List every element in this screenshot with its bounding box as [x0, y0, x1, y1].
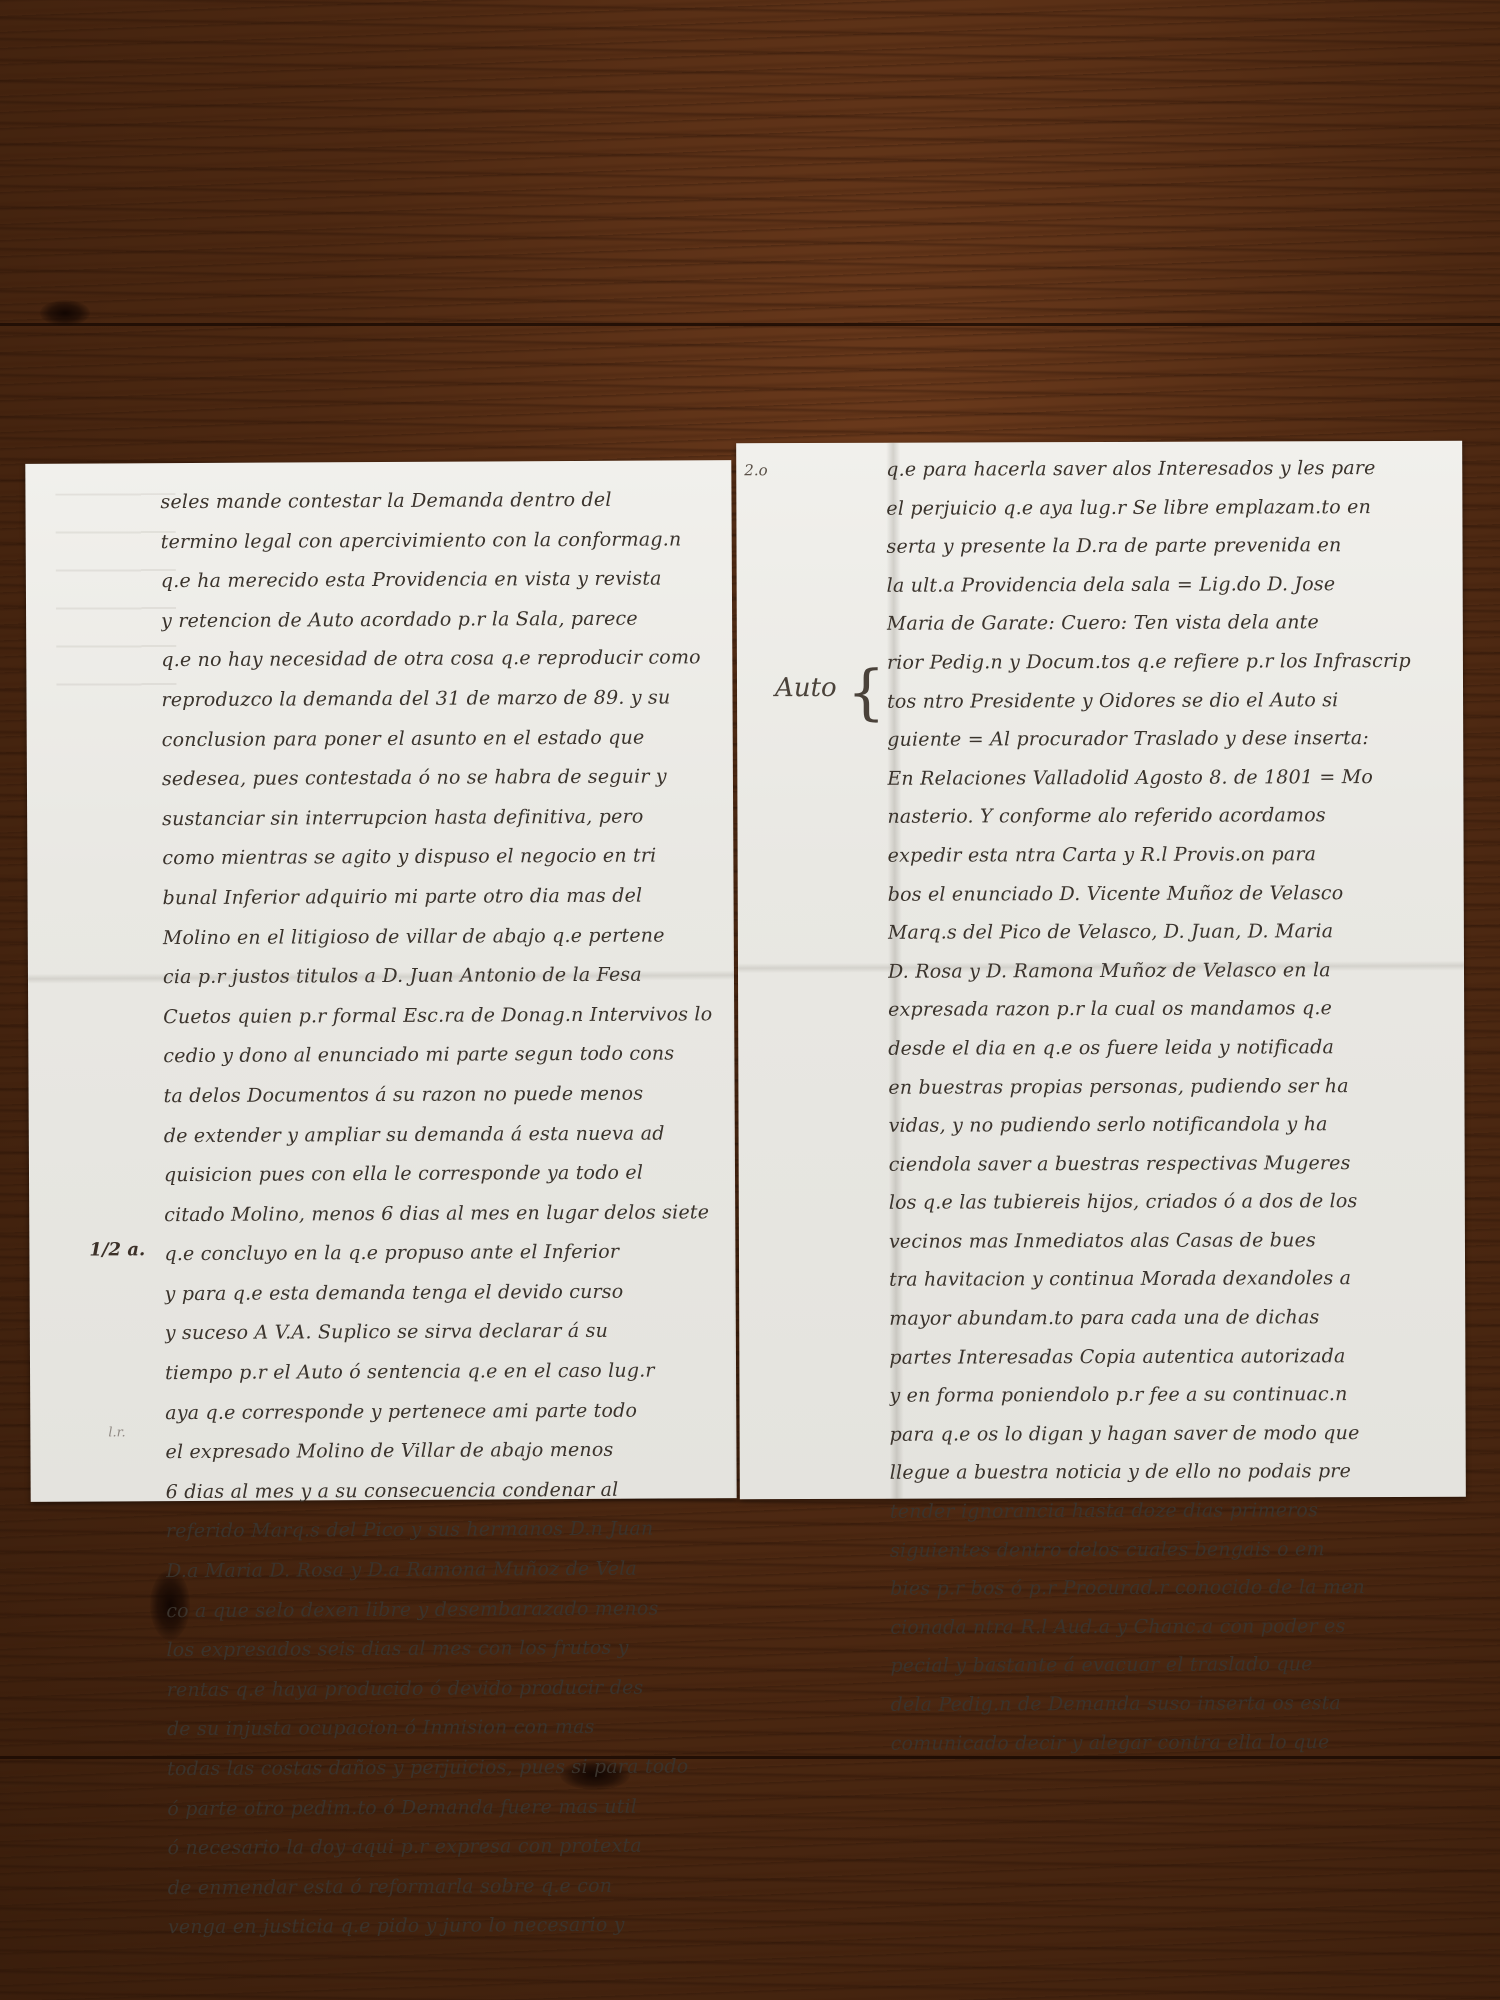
text-line: bunal Inferior adquirio mi parte otro di… [162, 876, 722, 919]
text-line: dela Pedig.n de Demanda suso inserta os … [890, 1684, 1450, 1725]
text-line: sustanciar sin interrupcion hasta defini… [162, 797, 722, 840]
text-line: y para q.e esta demanda tenga el devido … [165, 1272, 725, 1315]
margin-mark-lower: l.r. [108, 1425, 125, 1440]
text-line: q.e concluyo en la q.e propuso ante el I… [164, 1232, 724, 1275]
text-line: tos ntro Presidente y Oidores se dio el … [887, 680, 1447, 721]
text-line: siguientes dentro delos cuales bengais o… [890, 1529, 1450, 1570]
text-line: de enmendar esta ó reformarla sobre q.e … [168, 1866, 728, 1909]
text-line: En Relaciones Valladolid Agosto 8. de 18… [887, 758, 1447, 799]
text-line: como mientras se agito y dispuso el nego… [162, 837, 722, 880]
text-line: q.e ha merecido esta Providencia en vist… [161, 559, 721, 602]
text-line: la ult.a Providencia dela sala = Lig.do … [887, 565, 1447, 606]
text-line: los expresados seis dias al mes con los … [166, 1628, 726, 1671]
margin-mark: 1/2 a. [89, 1239, 145, 1260]
text-line: Marq.s del Pico de Velasco, D. Juan, D. … [888, 912, 1448, 953]
text-line: y en forma poniendolo p.r fee a su conti… [889, 1375, 1449, 1416]
text-line: seles mande contestar la Demanda dentro … [160, 480, 720, 523]
text-line: quisicion pues con ella le corresponde y… [164, 1153, 724, 1196]
text-line: D. Rosa y D. Ramona Muñoz de Velasco en … [888, 951, 1448, 992]
text-line: vecinos mas Inmediatos alas Casas de bue… [889, 1221, 1449, 1262]
manuscript-page-right: 2.o Auto { q.e para hacerla saver alos I… [736, 441, 1466, 1500]
text-line: nasterio. Y conforme alo referido acorda… [887, 796, 1447, 837]
margin-note-auto: Auto [775, 673, 837, 703]
text-line: todas las costas daños y perjuicios, pue… [167, 1747, 727, 1790]
text-line: los q.e las tubiereis hijos, criados ó a… [889, 1182, 1449, 1223]
text-line: bos el enunciado D. Vicente Muñoz de Vel… [888, 873, 1448, 914]
text-line: ciendola saver a buestras respectivas Mu… [889, 1143, 1449, 1184]
text-line: bies p.r bos ó p.r Procurad.r conocido d… [890, 1568, 1450, 1609]
text-line: conclusion para poner el asunto en el es… [162, 718, 722, 761]
text-line: tra havitacion y continua Morada dexando… [889, 1259, 1449, 1300]
text-line: mayor abundam.to para cada una de dichas [889, 1298, 1449, 1339]
text-line: Molino en el litigioso de villar de abaj… [163, 916, 723, 959]
text-line: y retencion de Auto acordado p.r la Sala… [161, 599, 721, 642]
handwritten-text-block-right: q.e para hacerla saver alos Interesados … [886, 449, 1451, 1763]
text-line: q.e no hay necesidad de otra cosa q.e re… [161, 639, 721, 682]
text-line: referido Marq.s del Pico y sus hermanos … [166, 1510, 726, 1553]
text-line: D.a Maria D. Rosa y D.a Ramona Muñoz de … [166, 1549, 726, 1592]
text-line: ó parte otro pedim.to ó Demanda fuere ma… [167, 1787, 727, 1830]
text-line: vidas, y no pudiendo serlo notificandola… [888, 1105, 1448, 1146]
text-line: en buestras propias personas, pudiendo s… [888, 1066, 1448, 1107]
margin-bracket: { [847, 663, 885, 723]
text-line: pecial y bastante á evacuar el traslado … [890, 1645, 1450, 1686]
text-line: guiente = Al procurador Traslado y dese … [887, 719, 1447, 760]
text-line: sedesea, pues contestada ó no se habra d… [162, 757, 722, 800]
text-line: rentas q.e haya producido ó devido produ… [167, 1668, 727, 1711]
text-line: de su injusta ocupacion ó Inmision con m… [167, 1708, 727, 1751]
plank-seam-top [0, 323, 1500, 326]
text-line: aya q.e corresponde y pertenece ami part… [165, 1391, 725, 1434]
manuscript-page-left: seles mande contestar la Demanda dentro … [25, 460, 736, 1502]
text-line: el expresado Molino de Villar de abajo m… [165, 1430, 725, 1473]
text-line: Cuetos quien p.r formal Esc.ra de Donag.… [163, 995, 723, 1038]
text-line: para q.e os lo digan y hagan saver de mo… [890, 1414, 1450, 1455]
text-line: citado Molino, menos 6 dias al mes en lu… [164, 1193, 724, 1236]
text-line: co a que selo dexen libre y desembarazad… [166, 1589, 726, 1632]
wood-knot [40, 300, 90, 326]
text-line: reproduzco la demanda del 31 de marzo de… [161, 678, 721, 721]
text-line: partes Interesadas Copia autentica autor… [889, 1336, 1449, 1377]
text-line: de extender y ampliar su demanda á esta … [164, 1114, 724, 1157]
text-line: tiempo p.r el Auto ó sentencia q.e en el… [165, 1351, 725, 1394]
text-line: ta delos Documentos á su razon no puede … [163, 1074, 723, 1117]
text-line: cionada ntra R.l Aud.a y Chanc.a con pod… [890, 1607, 1450, 1648]
text-line: llegue a buestra noticia y de ello no po… [890, 1452, 1450, 1493]
text-line: cedio y dono al enunciado mi parte segun… [163, 1035, 723, 1078]
text-line: y suceso A V.A. Suplico se sirva declara… [165, 1312, 725, 1355]
text-line: Maria de Garate: Cuero: Ten vista dela a… [887, 603, 1447, 644]
text-line: tender ignorancia hasta doze dias primer… [890, 1491, 1450, 1532]
text-line: cia p.r justos titulos a D. Juan Antonio… [163, 955, 723, 998]
text-line: ó necesario la doy aqui p.r expresa con … [167, 1826, 727, 1869]
text-line: 6 dias al mes y a su consecuencia conden… [166, 1470, 726, 1513]
text-line: venga en justicia q.e pido y juro lo nec… [168, 1906, 728, 1949]
handwritten-text-block-left: seles mande contestar la Demanda dentro … [160, 480, 728, 1948]
text-line: q.e para hacerla saver alos Interesados … [886, 449, 1446, 490]
text-line: expedir esta ntra Carta y R.l Provis.on … [888, 835, 1448, 876]
page-number: 2.o [744, 461, 767, 479]
text-line: el perjuicio q.e aya lug.r Se libre empl… [886, 487, 1446, 528]
text-line: termino legal con apercivimiento con la … [161, 520, 721, 563]
text-line: expresada razon p.r la cual os mandamos … [888, 989, 1448, 1030]
text-line: rior Pedig.n y Docum.tos q.e refiere p.r… [887, 642, 1447, 683]
ink-bleed-through [55, 493, 176, 694]
text-line: serta y presente la D.ra de parte preven… [886, 526, 1446, 567]
text-line: comunicado decir y alegar contra ella lo… [891, 1722, 1451, 1763]
text-line: desde el dia en q.e os fuere leida y not… [888, 1028, 1448, 1069]
